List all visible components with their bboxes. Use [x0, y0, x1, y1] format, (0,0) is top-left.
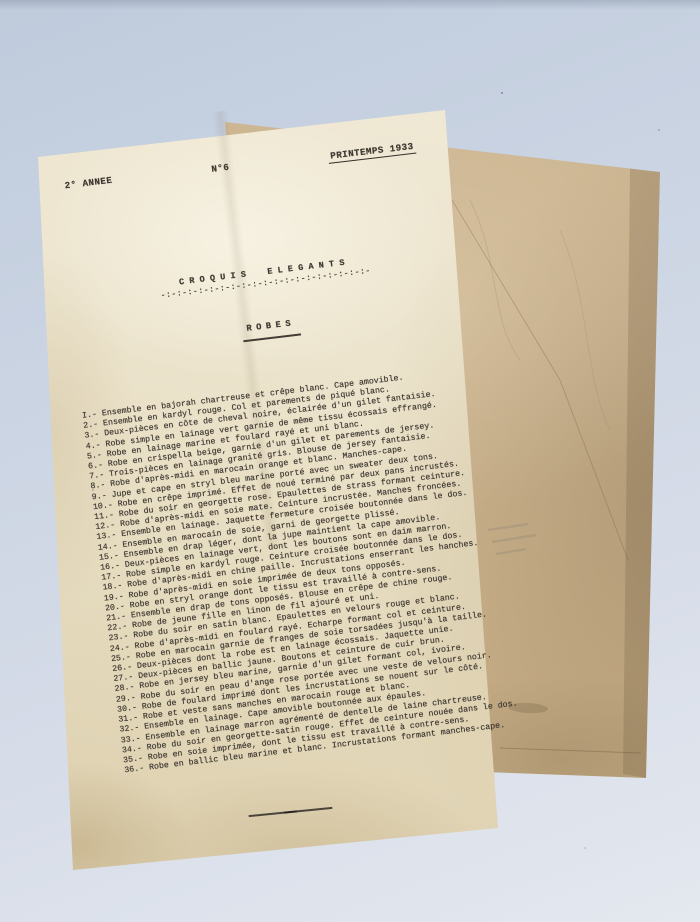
dust-specks: [0, 0, 700, 922]
photo-backdrop: 2° ANNEE N°6 PRINTEMPS 1933 CROQUIS ELEG…: [0, 0, 700, 922]
